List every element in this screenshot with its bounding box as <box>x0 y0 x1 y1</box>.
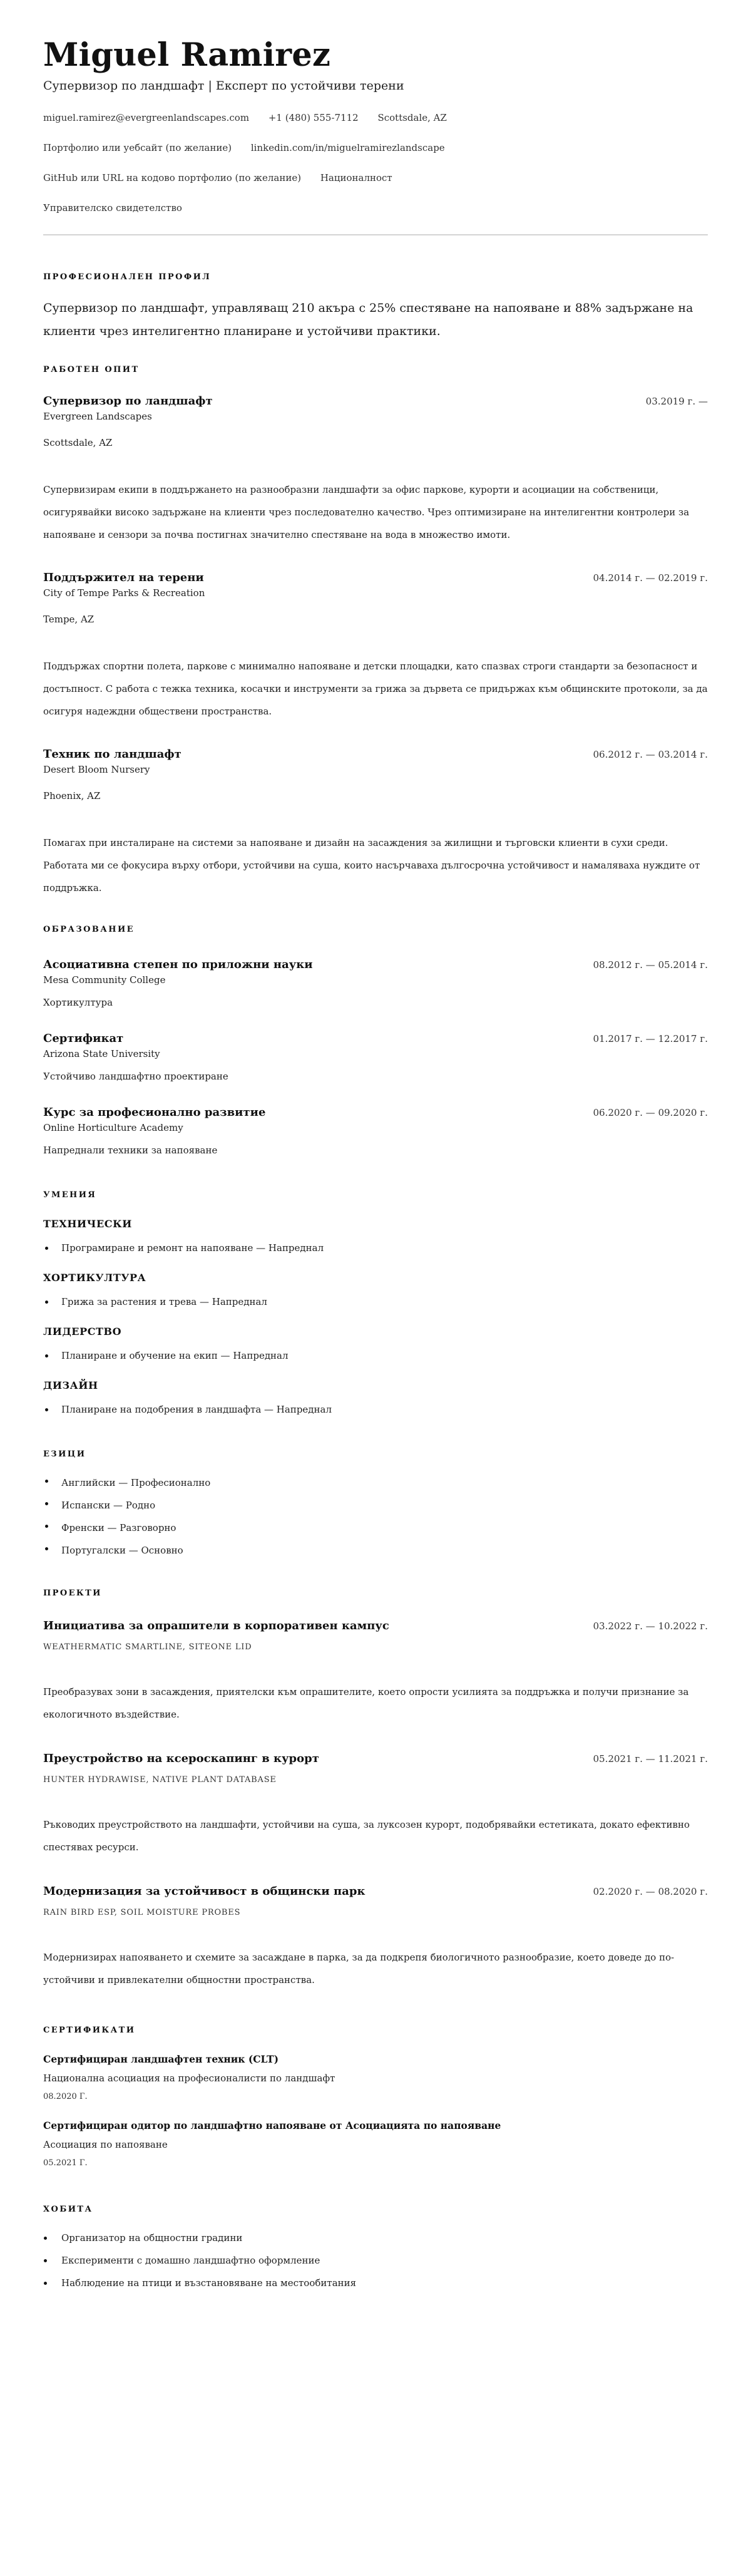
project-technologies: Weathermatic SmartLine, SiteOne LID <box>43 1642 708 1653</box>
section-skills: Умения ТехническиПрограмиране и ремонт н… <box>43 1190 708 1416</box>
job-title: Поддържител на терени <box>43 570 204 586</box>
project-technologies: Rain Bird ESP, Soil Moisture Probes <box>43 1907 708 1919</box>
skill-items: Програмиране и ремонт на напояване — Нап… <box>43 1241 708 1255</box>
school-name: Mesa Community College <box>43 973 708 987</box>
section-languages: Езици Английски — ПрофесионалноИспански … <box>43 1449 708 1559</box>
skill-item: Планиране на подобрения в ландшафта — На… <box>43 1403 708 1416</box>
language-item: Френски — Разговорно <box>43 1519 708 1537</box>
skill-group: ДизайнПланиране на подобрения в ландшафт… <box>43 1379 708 1416</box>
certification-date: 08.2020 г. <box>43 2091 708 2103</box>
entry-header: Курс за професионално развитие06.2020 г.… <box>43 1105 708 1121</box>
job-dates: 04.2014 г. — 02.2019 г. <box>593 572 708 584</box>
entry-header: Преустройство на ксероскапинг в курорт05… <box>43 1751 708 1767</box>
section-title: Работен опит <box>43 364 708 376</box>
section-experience: Работен опит Супервизор по ландшафт03.20… <box>43 364 708 905</box>
certification-entry: Сертифициран ландшафтен техник (CLT)Наци… <box>43 2053 708 2103</box>
experience-list: Супервизор по ландшафт03.2019 г. —Evergr… <box>43 393 708 905</box>
project-dates: 05.2021 г. — 11.2021 г. <box>593 1753 708 1765</box>
experience-entry: Супервизор по ландшафт03.2019 г. —Evergr… <box>43 393 708 552</box>
education-dates: 08.2012 г. — 05.2014 г. <box>593 959 708 971</box>
contact-info: miguel.ramirez@evergreenlandscapes.com +… <box>43 110 708 215</box>
entry-header: Инициатива за опрашители в корпоративен … <box>43 1618 708 1634</box>
phone-number: +1 (480) 555-7112 <box>268 112 359 123</box>
skill-category: Хортикултура <box>43 1271 708 1285</box>
resume-header: Miguel Ramirez Супервизор по ландшафт | … <box>43 36 708 235</box>
skill-group: ТехническиПрограмиране и ремонт на напоя… <box>43 1217 708 1255</box>
entry-header: Поддържител на терени04.2014 г. — 02.201… <box>43 570 708 586</box>
skill-group: ХортикултураГрижа за растения и трева — … <box>43 1271 708 1309</box>
education-list: Асоциативна степен по приложни науки08.2… <box>43 957 708 1157</box>
project-description: Модернизирах напояването и схемите за за… <box>43 1946 708 1997</box>
company-name: Desert Bloom Nursery <box>43 763 708 776</box>
contact-row: Портфолио или уебсайт (по желание) linke… <box>43 140 708 155</box>
section-title: Хобита <box>43 2204 708 2215</box>
degree-title: Асоциативна степен по приложни науки <box>43 957 313 973</box>
job-title: Техник по ландшафт <box>43 746 181 763</box>
experience-entry: Техник по ландшафт06.2012 г. — 03.2014 г… <box>43 746 708 905</box>
section-title: Проекти <box>43 1588 708 1599</box>
skill-category: Технически <box>43 1217 708 1231</box>
nationality: Националност <box>320 172 392 183</box>
contact-row: miguel.ramirez@evergreenlandscapes.com +… <box>43 110 708 125</box>
skill-items: Грижа за растения и трева — Напреднал <box>43 1295 708 1309</box>
entry-header: Модернизация за устойчивост в общински п… <box>43 1883 708 1900</box>
section-title: Умения <box>43 1190 708 1201</box>
field-of-study: Напреднали техники за напояване <box>43 1143 708 1157</box>
skill-item: Грижа за растения и трева — Напреднал <box>43 1295 708 1309</box>
project-technologies: Hunter Hydrawise, Native Plant Database <box>43 1775 708 1786</box>
job-title: Супервизор по ландшафт <box>43 393 213 410</box>
job-location: Scottsdale, AZ <box>43 436 708 450</box>
job-description: Поддържах спортни полета, паркове с мини… <box>43 655 708 729</box>
certification-issuer: Национална асоциация на професионалисти … <box>43 2071 708 2085</box>
language-item: Испански — Родно <box>43 1497 708 1514</box>
language-item: Португалски — Основно <box>43 1542 708 1559</box>
job-dates: 03.2019 г. — <box>646 396 708 407</box>
section-education: Образование Асоциативна степен по прилож… <box>43 924 708 1157</box>
section-profile: Професионален профил Супервизор по ландш… <box>43 272 708 343</box>
degree-title: Курс за професионално развитие <box>43 1105 265 1121</box>
project-dates: 02.2020 г. — 08.2020 г. <box>593 1886 708 1897</box>
header-divider <box>43 234 708 235</box>
education-dates: 06.2020 г. — 09.2020 г. <box>593 1107 708 1118</box>
section-hobbies: Хобита Организатор на общностни градиниЕ… <box>43 2204 708 2292</box>
skill-item: Планиране и обучение на екип — Напреднал <box>43 1349 708 1363</box>
portfolio-placeholder: Портфолио или уебсайт (по желание) <box>43 142 232 153</box>
profile-summary: Супервизор по ландшафт, управляващ 210 а… <box>43 297 708 343</box>
certification-issuer: Асоциация по напояване <box>43 2138 708 2151</box>
language-item: Английски — Професионално <box>43 1474 708 1492</box>
hobby-item: Организатор на общностни градини <box>43 2229 708 2247</box>
hobbies-list: Организатор на общностни градиниЕксперим… <box>43 2229 708 2292</box>
project-description: Ръководих преустройството на ландшафти, … <box>43 1813 708 1865</box>
job-location: Tempe, AZ <box>43 612 708 626</box>
entry-header: Сертификат01.2017 г. — 12.2017 г. <box>43 1031 708 1047</box>
location: Scottsdale, AZ <box>377 112 446 123</box>
field-of-study: Хортикултура <box>43 996 708 1009</box>
section-title: Езици <box>43 1449 708 1460</box>
entry-header: Асоциативна степен по приложни науки08.2… <box>43 957 708 973</box>
skill-item: Програмиране и ремонт на напояване — Нап… <box>43 1241 708 1255</box>
resume-page: Miguel Ramirez Супервизор по ландшафт | … <box>0 0 751 2334</box>
education-dates: 01.2017 г. — 12.2017 г. <box>593 1033 708 1044</box>
section-title: Професионален профил <box>43 272 708 283</box>
project-dates: 03.2022 г. — 10.2022 г. <box>593 1620 708 1632</box>
school-name: Online Horticulture Academy <box>43 1121 708 1135</box>
certification-name: Сертифициран ландшафтен техник (CLT) <box>43 2053 708 2066</box>
company-name: Evergreen Landscapes <box>43 410 708 423</box>
education-entry: Курс за професионално развитие06.2020 г.… <box>43 1105 708 1157</box>
section-projects: Проекти Инициатива за опрашители в корпо… <box>43 1588 708 1997</box>
project-name: Модернизация за устойчивост в общински п… <box>43 1883 365 1900</box>
contact-row: Управителско свидетелство <box>43 200 708 215</box>
skills-list: ТехническиПрограмиране и ремонт на напоя… <box>43 1217 708 1416</box>
certifications-list: Сертифициран ландшафтен техник (CLT)Наци… <box>43 2053 708 2169</box>
company-name: City of Tempe Parks & Recreation <box>43 586 708 600</box>
project-name: Инициатива за опрашители в корпоративен … <box>43 1618 389 1634</box>
certification-entry: Сертифициран одитор по ландшафтно напояв… <box>43 2119 708 2169</box>
project-entry: Модернизация за устойчивост в общински п… <box>43 1883 708 1997</box>
skill-items: Планиране на подобрения в ландшафта — На… <box>43 1403 708 1416</box>
field-of-study: Устойчиво ландшафтно проектиране <box>43 1069 708 1083</box>
drivers-license: Управителско свидетелство <box>43 202 182 214</box>
github-placeholder: GitHub или URL на кодово портфолио (по ж… <box>43 172 301 183</box>
certification-date: 05.2021 г. <box>43 2158 708 2169</box>
degree-title: Сертификат <box>43 1031 123 1047</box>
job-description: Помагах при инсталиране на системи за на… <box>43 832 708 905</box>
entry-header: Супервизор по ландшафт03.2019 г. — <box>43 393 708 410</box>
candidate-headline: Супервизор по ландшафт | Експерт по усто… <box>43 78 708 94</box>
job-dates: 06.2012 г. — 03.2014 г. <box>593 749 708 760</box>
certification-name: Сертифициран одитор по ландшафтно напояв… <box>43 2119 708 2133</box>
education-entry: Асоциативна степен по приложни науки08.2… <box>43 957 708 1009</box>
projects-list: Инициатива за опрашители в корпоративен … <box>43 1618 708 1997</box>
experience-entry: Поддържител на терени04.2014 г. — 02.201… <box>43 570 708 729</box>
education-entry: Сертификат01.2017 г. — 12.2017 г.Arizona… <box>43 1031 708 1083</box>
section-title: Сертификати <box>43 2025 708 2036</box>
project-name: Преустройство на ксероскапинг в курорт <box>43 1751 319 1767</box>
hobby-item: Експерименти с домашно ландшафтно оформл… <box>43 2252 708 2269</box>
candidate-name: Miguel Ramirez <box>43 36 708 74</box>
email-link[interactable]: miguel.ramirez@evergreenlandscapes.com <box>43 112 249 123</box>
skill-category: Дизайн <box>43 1379 708 1393</box>
project-entry: Инициатива за опрашители в корпоративен … <box>43 1618 708 1732</box>
school-name: Arizona State University <box>43 1047 708 1061</box>
project-entry: Преустройство на ксероскапинг в курорт05… <box>43 1751 708 1865</box>
section-title: Образование <box>43 924 708 935</box>
linkedin-link[interactable]: linkedin.com/in/miguelramirezlandscape <box>251 142 445 153</box>
entry-header: Техник по ландшафт06.2012 г. — 03.2014 г… <box>43 746 708 763</box>
languages-list: Английски — ПрофесионалноИспански — Родн… <box>43 1474 708 1559</box>
hobby-item: Наблюдение на птици и възстановяване на … <box>43 2274 708 2292</box>
skill-category: Лидерство <box>43 1325 708 1339</box>
job-location: Phoenix, AZ <box>43 789 708 803</box>
skill-group: ЛидерствоПланиране и обучение на екип — … <box>43 1325 708 1363</box>
section-certifications: Сертификати Сертифициран ландшафтен техн… <box>43 2025 708 2169</box>
job-description: Супервизирам екипи в поддържането на раз… <box>43 478 708 552</box>
skill-items: Планиране и обучение на екип — Напреднал <box>43 1349 708 1363</box>
project-description: Преобразувах зони в засаждения, приятелс… <box>43 1681 708 1732</box>
contact-row: GitHub или URL на кодово портфолио (по ж… <box>43 170 708 185</box>
